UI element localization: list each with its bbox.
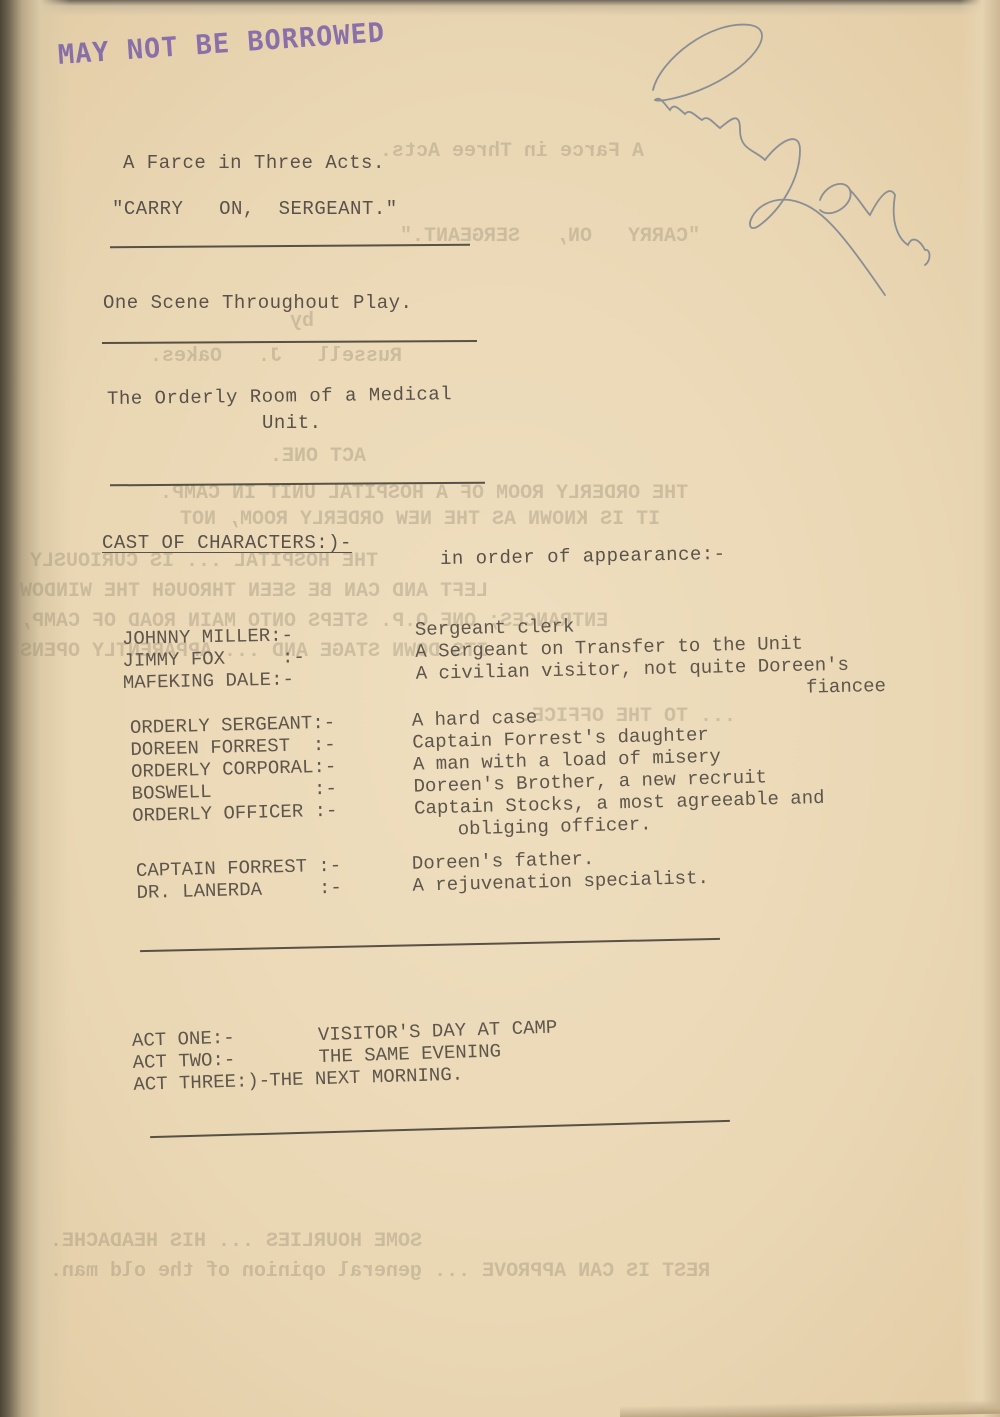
cast-name: ORDERLY OFFICER :- [132,800,338,827]
act-description: THE SAME EVENING [318,1040,501,1068]
cast-description-continued: obliging officer. [457,813,651,840]
play-title: "CARRY ON, SERGEANT." [112,198,398,220]
author-signature [640,10,970,310]
cast-name: MAFEKING DALE:- [123,668,294,694]
play-subtitle: A Farce in Three Acts. [123,152,385,174]
bleed-through-line: SOME HOURLIES ... HIS HEADACHE. [50,1230,422,1253]
bleed-through-line: Russell J. Oakes. [150,345,402,368]
scene-note: One Scene Throughout Play. [103,292,412,314]
document-page: A Farce in Three Acts. "CARRY ON, SERGEA… [0,0,1000,1417]
bleed-through-line: IT IS KNOWN AS THE NEW ORDERLY ROOM, NOT [180,508,660,531]
bleed-through-line: LEFT AND CAN BE SEEN THROUGH THE WINDOW [20,580,488,603]
cast-name: DR. LANERDA :- [136,877,342,904]
bleed-through-line: REST IS CAN APPROVE ... general opinion … [50,1260,710,1283]
divider-rule [102,340,477,344]
setting-location-line2: Unit. [262,412,322,434]
act-label: ACT THREE:)- [133,1070,270,1096]
bleed-through-line: THE ORDERLY ROOM OF A HOSPITAL UNIT IN C… [160,482,688,505]
divider-rule [140,938,720,952]
cast-heading: CAST OF CHARACTERS:)- [102,532,352,554]
divider-rule [110,482,485,487]
divider-rule [150,1120,730,1138]
bleed-through-line: ACT ONE. [270,445,366,468]
setting-location-line1: The Orderly Room of a Medical [107,383,452,410]
act-label: ACT ONE:- [132,1027,235,1052]
bleed-through-line: A Farce in Three Acts. [380,140,644,163]
divider-rule [110,244,470,249]
act-label: ACT TWO:- [132,1049,235,1074]
cast-subheading: in order of appearance:- [440,543,726,570]
library-stamp: MAY NOT BE BORROWED [57,17,386,71]
act-description: THE NEXT MORNING. [269,1064,463,1092]
page-bottom-edge [620,1400,1000,1417]
cast-description-continued: fiancee [806,675,886,699]
